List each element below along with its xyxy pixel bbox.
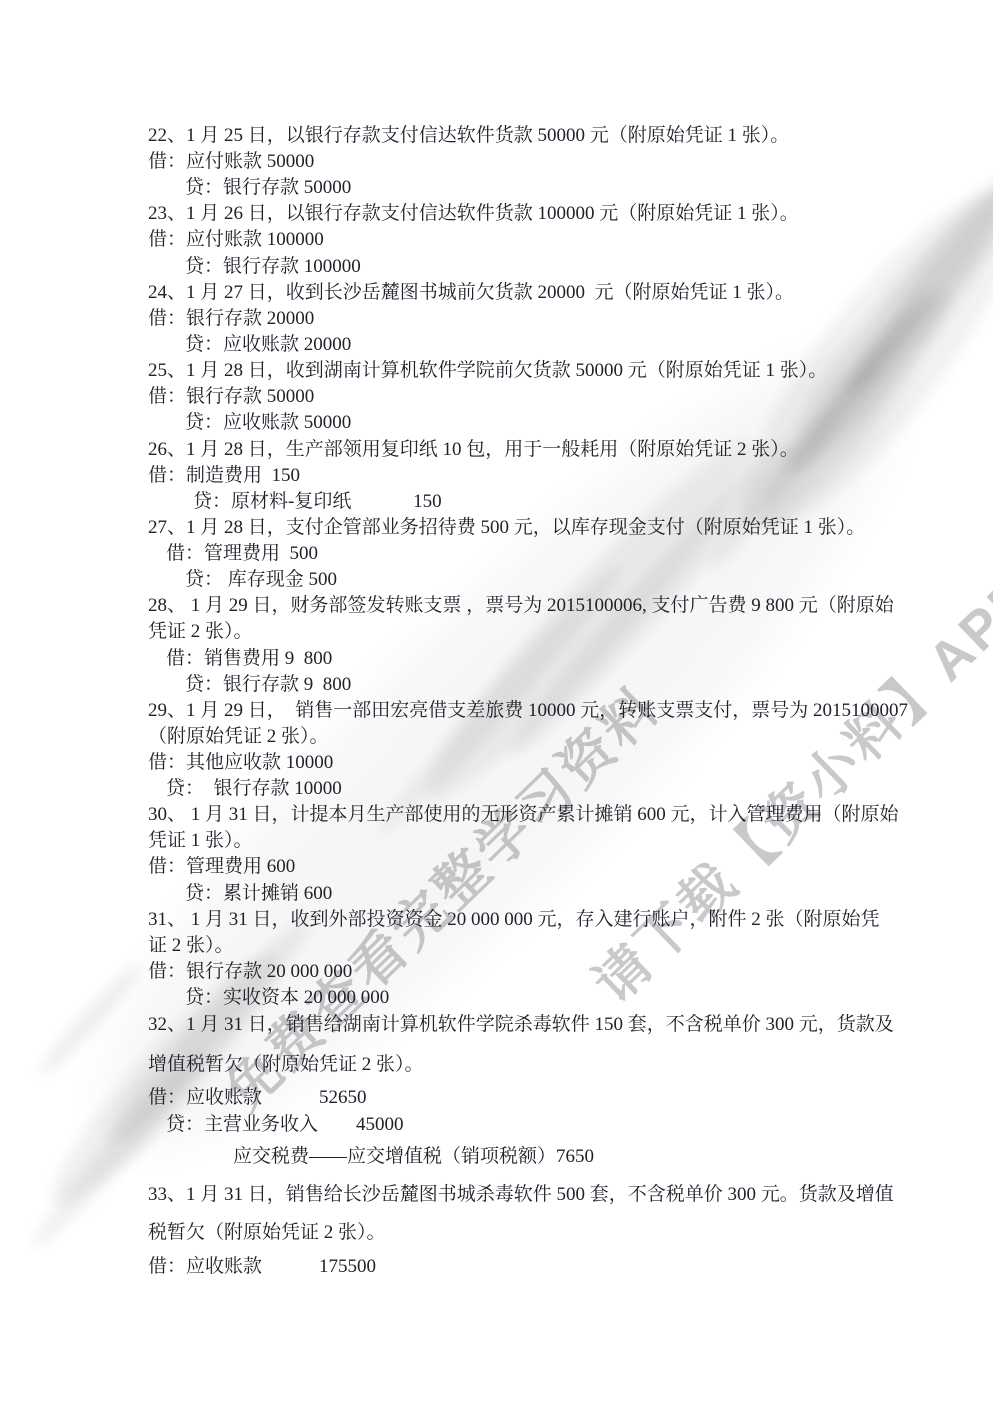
- text-line: 贷： 银行存款 10000: [166, 777, 342, 800]
- text-line: 24、1 月 27 日，收到长沙岳麓图书城前欠货款 20000 元（附原始凭证 …: [148, 281, 794, 304]
- text-line: 贷：主营业务收入 45000: [166, 1113, 404, 1136]
- text-line: 27、1 月 28 日，支付企管部业务招待费 500 元，以库存现金支付（附原始…: [148, 516, 865, 539]
- text-line: 增值税暂欠（附原始凭证 2 张）。: [148, 1053, 424, 1076]
- text-line: 30、 1 月 31 日，计提本月生产部使用的无形资产累计摊销 600 元，计入…: [148, 803, 899, 826]
- document-lines: 22、1 月 25 日，以银行存款支付信达软件货款 50000 元（附原始凭证 …: [0, 0, 993, 1404]
- text-line: 贷： 库存现金 500: [185, 568, 337, 591]
- text-line: 借：银行存款 50000: [148, 385, 314, 408]
- text-line: 借：银行存款 20 000 000: [148, 960, 352, 983]
- text-line: 31、 1 月 31 日，收到外部投资资金 20 000 000 元，存入建行账…: [148, 908, 880, 931]
- text-line: 借：应收账款 52650: [148, 1086, 367, 1109]
- text-line: 贷：银行存款 100000: [185, 255, 361, 278]
- text-line: 借：销售费用 9 800: [166, 647, 332, 670]
- text-line: 23、1 月 26 日，以银行存款支付信达软件货款 100000 元（附原始凭证…: [148, 202, 799, 225]
- text-line: 贷：实收资本 20 000 000: [185, 986, 389, 1009]
- text-line: 22、1 月 25 日，以银行存款支付信达软件货款 50000 元（附原始凭证 …: [148, 124, 789, 147]
- text-line: 贷：银行存款 9 800: [185, 673, 351, 696]
- text-line: 28、 1 月 29 日，财务部签发转账支票 ，票号为 2015100006, …: [148, 594, 894, 617]
- text-line: 贷：银行存款 50000: [185, 176, 351, 199]
- text-line: 借：银行存款 20000: [148, 307, 314, 330]
- text-line: 凭证 1 张）。: [148, 829, 253, 852]
- text-line: 26、1 月 28 日，生产部领用复印纸 10 包，用于一般耗用（附原始凭证 2…: [148, 438, 799, 461]
- text-line: 贷：应收账款 50000: [185, 411, 351, 434]
- text-line: 32、1 月 31 日，销售给湖南计算机软件学院杀毒软件 150 套，不含税单价…: [148, 1013, 894, 1036]
- text-line: 凭证 2 张）。: [148, 620, 253, 643]
- text-line: 借：应付账款 50000: [148, 150, 314, 173]
- text-line: （附原始凭证 2 张）。: [148, 725, 329, 748]
- text-line: 29、1 月 29 日， 销售一部田宏亮借支差旅费 10000 元，转账支票支付…: [148, 699, 908, 722]
- text-line: 证 2 张）。: [148, 934, 234, 957]
- text-line: 33、1 月 31 日，销售给长沙岳麓图书城杀毒软件 500 套，不含税单价 3…: [148, 1183, 894, 1206]
- text-line: 贷：应收账款 20000: [185, 333, 351, 356]
- text-line: 借：管理费用 600: [148, 855, 295, 878]
- text-line: 借：制造费用 150: [148, 464, 300, 487]
- text-line: 贷：原材料-复印纸 150: [193, 490, 442, 513]
- text-line: 25、1 月 28 日，收到湖南计算机软件学院前欠货款 50000 元（附原始凭…: [148, 359, 827, 382]
- text-line: 借：其他应收款 10000: [148, 751, 333, 774]
- text-line: 税暂欠（附原始凭证 2 张）。: [148, 1221, 386, 1244]
- scanned-document-page: 免费查看完整学习资料 请下载【资小料】APP 22、1 月 25 日，以银行存款…: [0, 0, 993, 1404]
- text-line: 贷：累计摊销 600: [185, 882, 332, 905]
- text-line: 应交税费——应交增值税（销项税额）7650: [233, 1145, 594, 1168]
- text-line: 借：应收账款 175500: [148, 1255, 376, 1278]
- text-line: 借：应付账款 100000: [148, 228, 324, 251]
- text-line: 借：管理费用 500: [166, 542, 318, 565]
